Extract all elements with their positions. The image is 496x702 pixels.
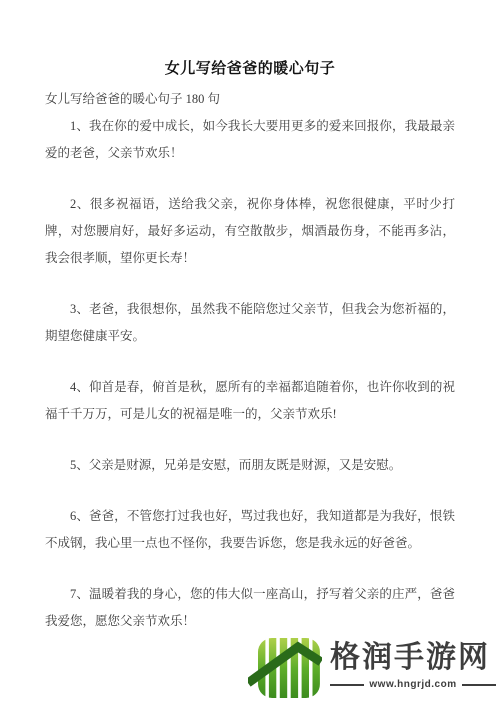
url-divider-left	[330, 684, 364, 686]
paragraph-3: 3、老爸，我很想你，虽然我不能陪您过父亲节，但我会为您祈福的，期望您健康平安。	[45, 296, 455, 350]
watermark-text-column: 格润手游网 www.hngrjd.com	[330, 637, 496, 690]
paragraph-2: 2、很多祝福语，送给我父亲，祝你身体棒，祝您很健康，平时少打牌，对您腰肩好，最好…	[45, 191, 455, 272]
paragraph-7: 7、温暖着我的身心，您的伟大似一座高山，抒写着父亲的庄严，爸爸我爱您，愿您父亲节…	[45, 581, 455, 635]
green-striped-roof-logo-icon	[248, 637, 322, 699]
url-divider-right	[462, 684, 496, 686]
paragraph-4: 4、仰首是春，俯首是秋，愿所有的幸福都追随着你，也许你收到的祝福千千万万，可是儿…	[45, 374, 455, 428]
paragraph-1: 1、我在你的爱中成长，如今我长大要用更多的爱来回报你，我最最亲爱的老爸，父亲节欢…	[45, 113, 455, 167]
paragraph-6: 6、爸爸，不管您打过我也好，骂过我也好，我知道都是为我好，恨铁不成钢，我心里一点…	[45, 503, 455, 557]
document-content: 女儿写给爸爸的暖心句子 女儿写给爸爸的暖心句子 180 句 1、我在你的爱中成长…	[0, 0, 496, 635]
site-url-row: www.hngrjd.com	[330, 679, 496, 690]
page-title: 女儿写给爸爸的暖心句子	[45, 58, 455, 80]
document-page: 女儿写给爸爸的暖心句子 女儿写给爸爸的暖心句子 180 句 1、我在你的爱中成长…	[0, 0, 496, 702]
paragraph-5: 5、父亲是财源，兄弟是安慰，而朋友既是财源，又是安慰。	[45, 452, 455, 479]
site-name: 格润手游网	[330, 640, 496, 676]
document-subtitle: 女儿写给爸爸的暖心句子 180 句	[45, 86, 455, 113]
site-url: www.hngrjd.com	[364, 679, 461, 690]
watermark-logo: 格润手游网 www.hngrjd.com	[248, 637, 496, 699]
